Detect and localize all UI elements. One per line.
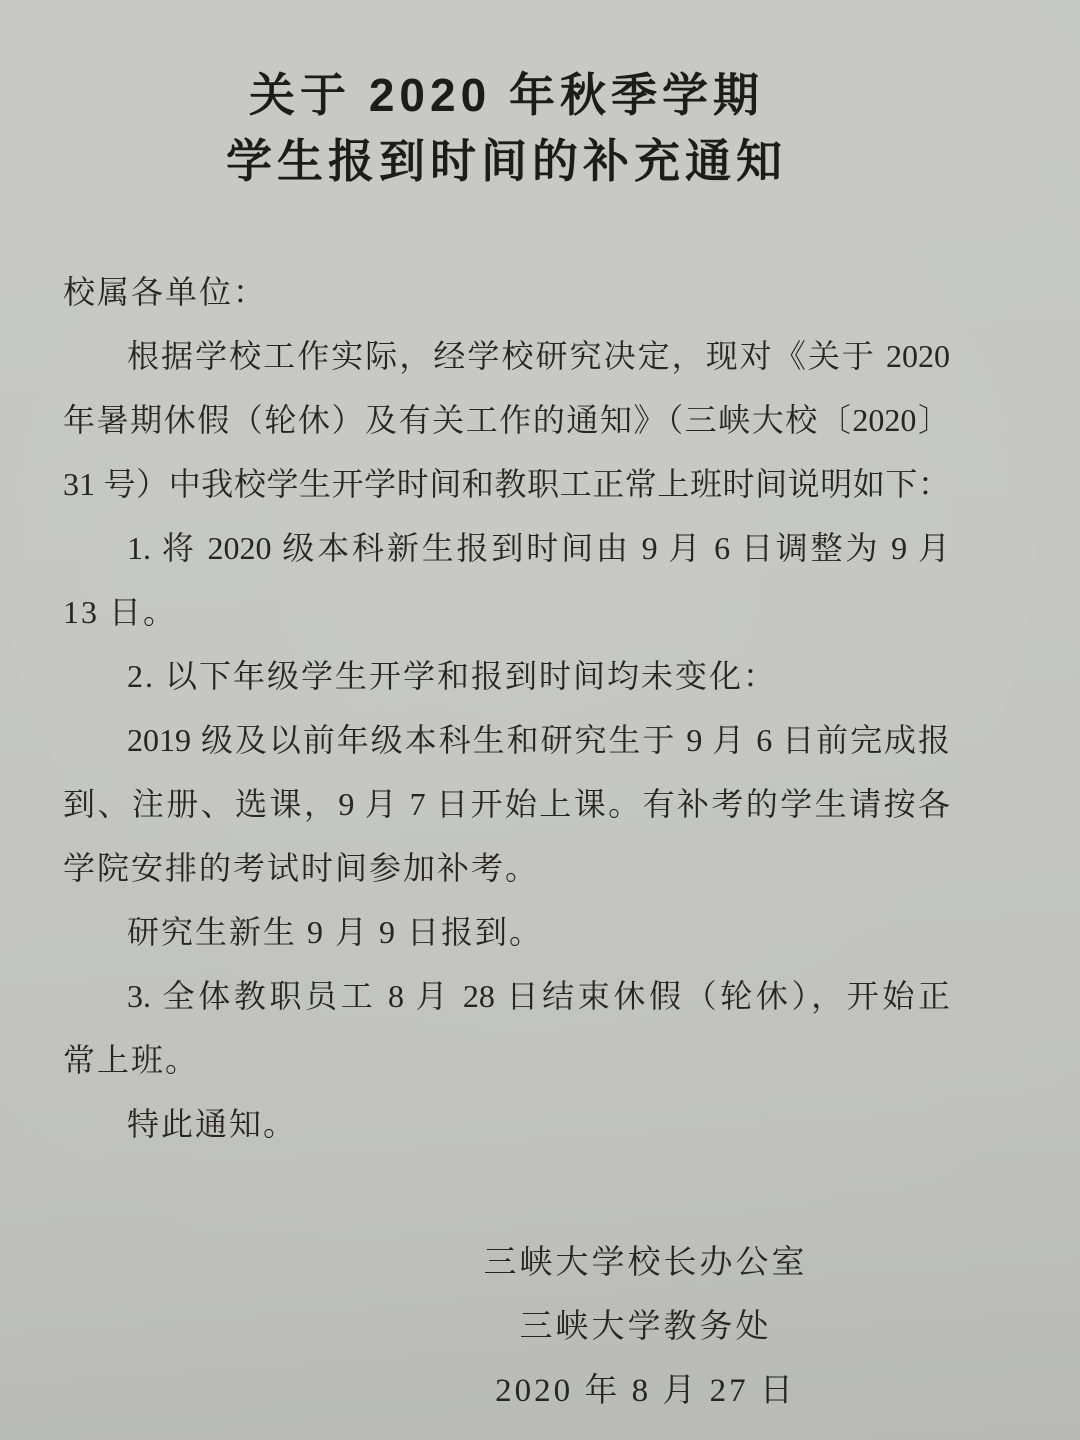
body-line: 13 日。 bbox=[63, 580, 950, 644]
body-line: 3. 全体教职员工 8 月 28 日结束休假（轮休），开始正 bbox=[63, 964, 950, 1028]
body-line: 常上班。 bbox=[63, 1028, 950, 1092]
body-line: 根据学校工作实际，经学校研究决定，现对《关于 2020 bbox=[63, 324, 950, 388]
body-line: 31 号）中我校学生开学时间和教职工正常上班时间说明如下： bbox=[63, 452, 950, 516]
body-line: 特此通知。 bbox=[63, 1092, 950, 1156]
title-line-1: 关于 2020 年秋季学期 bbox=[63, 62, 950, 128]
body-line: 1. 将 2020 级本科新生报到时间由 9 月 6 日调整为 9 月 bbox=[63, 516, 950, 580]
page-title: 关于 2020 年秋季学期 学生报到时间的补充通知 bbox=[63, 62, 950, 194]
signature-line: 2020 年 8 月 27 日 bbox=[202, 1359, 1080, 1423]
signature-line: 三峡大学教务处 bbox=[202, 1295, 1080, 1359]
body-line: 到、注册、选课，9 月 7 日开始上课。有补考的学生请按各 bbox=[63, 772, 950, 836]
body-line: 2. 以下年级学生开学和报到时间均未变化： bbox=[63, 644, 950, 708]
signature-line: 三峡大学校长办公室 bbox=[202, 1231, 1080, 1295]
body-text: 校属各单位：根据学校工作实际，经学校研究决定，现对《关于 2020年暑期休假（轮… bbox=[63, 260, 950, 1156]
body-line: 校属各单位： bbox=[63, 260, 950, 324]
body-line: 学院安排的考试时间参加补考。 bbox=[63, 836, 950, 900]
signature-block: 三峡大学校长办公室三峡大学教务处2020 年 8 月 27 日 bbox=[202, 1231, 1080, 1423]
notice-page: 关于 2020 年秋季学期 学生报到时间的补充通知 校属各单位：根据学校工作实际… bbox=[0, 0, 1080, 1440]
notice-content: 关于 2020 年秋季学期 学生报到时间的补充通知 校属各单位：根据学校工作实际… bbox=[0, 0, 1080, 1423]
body-line: 研究生新生 9 月 9 日报到。 bbox=[63, 900, 950, 964]
body-line: 年暑期休假（轮休）及有关工作的通知》（三峡大校〔2020〕 bbox=[63, 388, 950, 452]
title-line-2: 学生报到时间的补充通知 bbox=[63, 128, 950, 194]
body-line: 2019 级及以前年级本科生和研究生于 9 月 6 日前完成报 bbox=[63, 708, 950, 772]
